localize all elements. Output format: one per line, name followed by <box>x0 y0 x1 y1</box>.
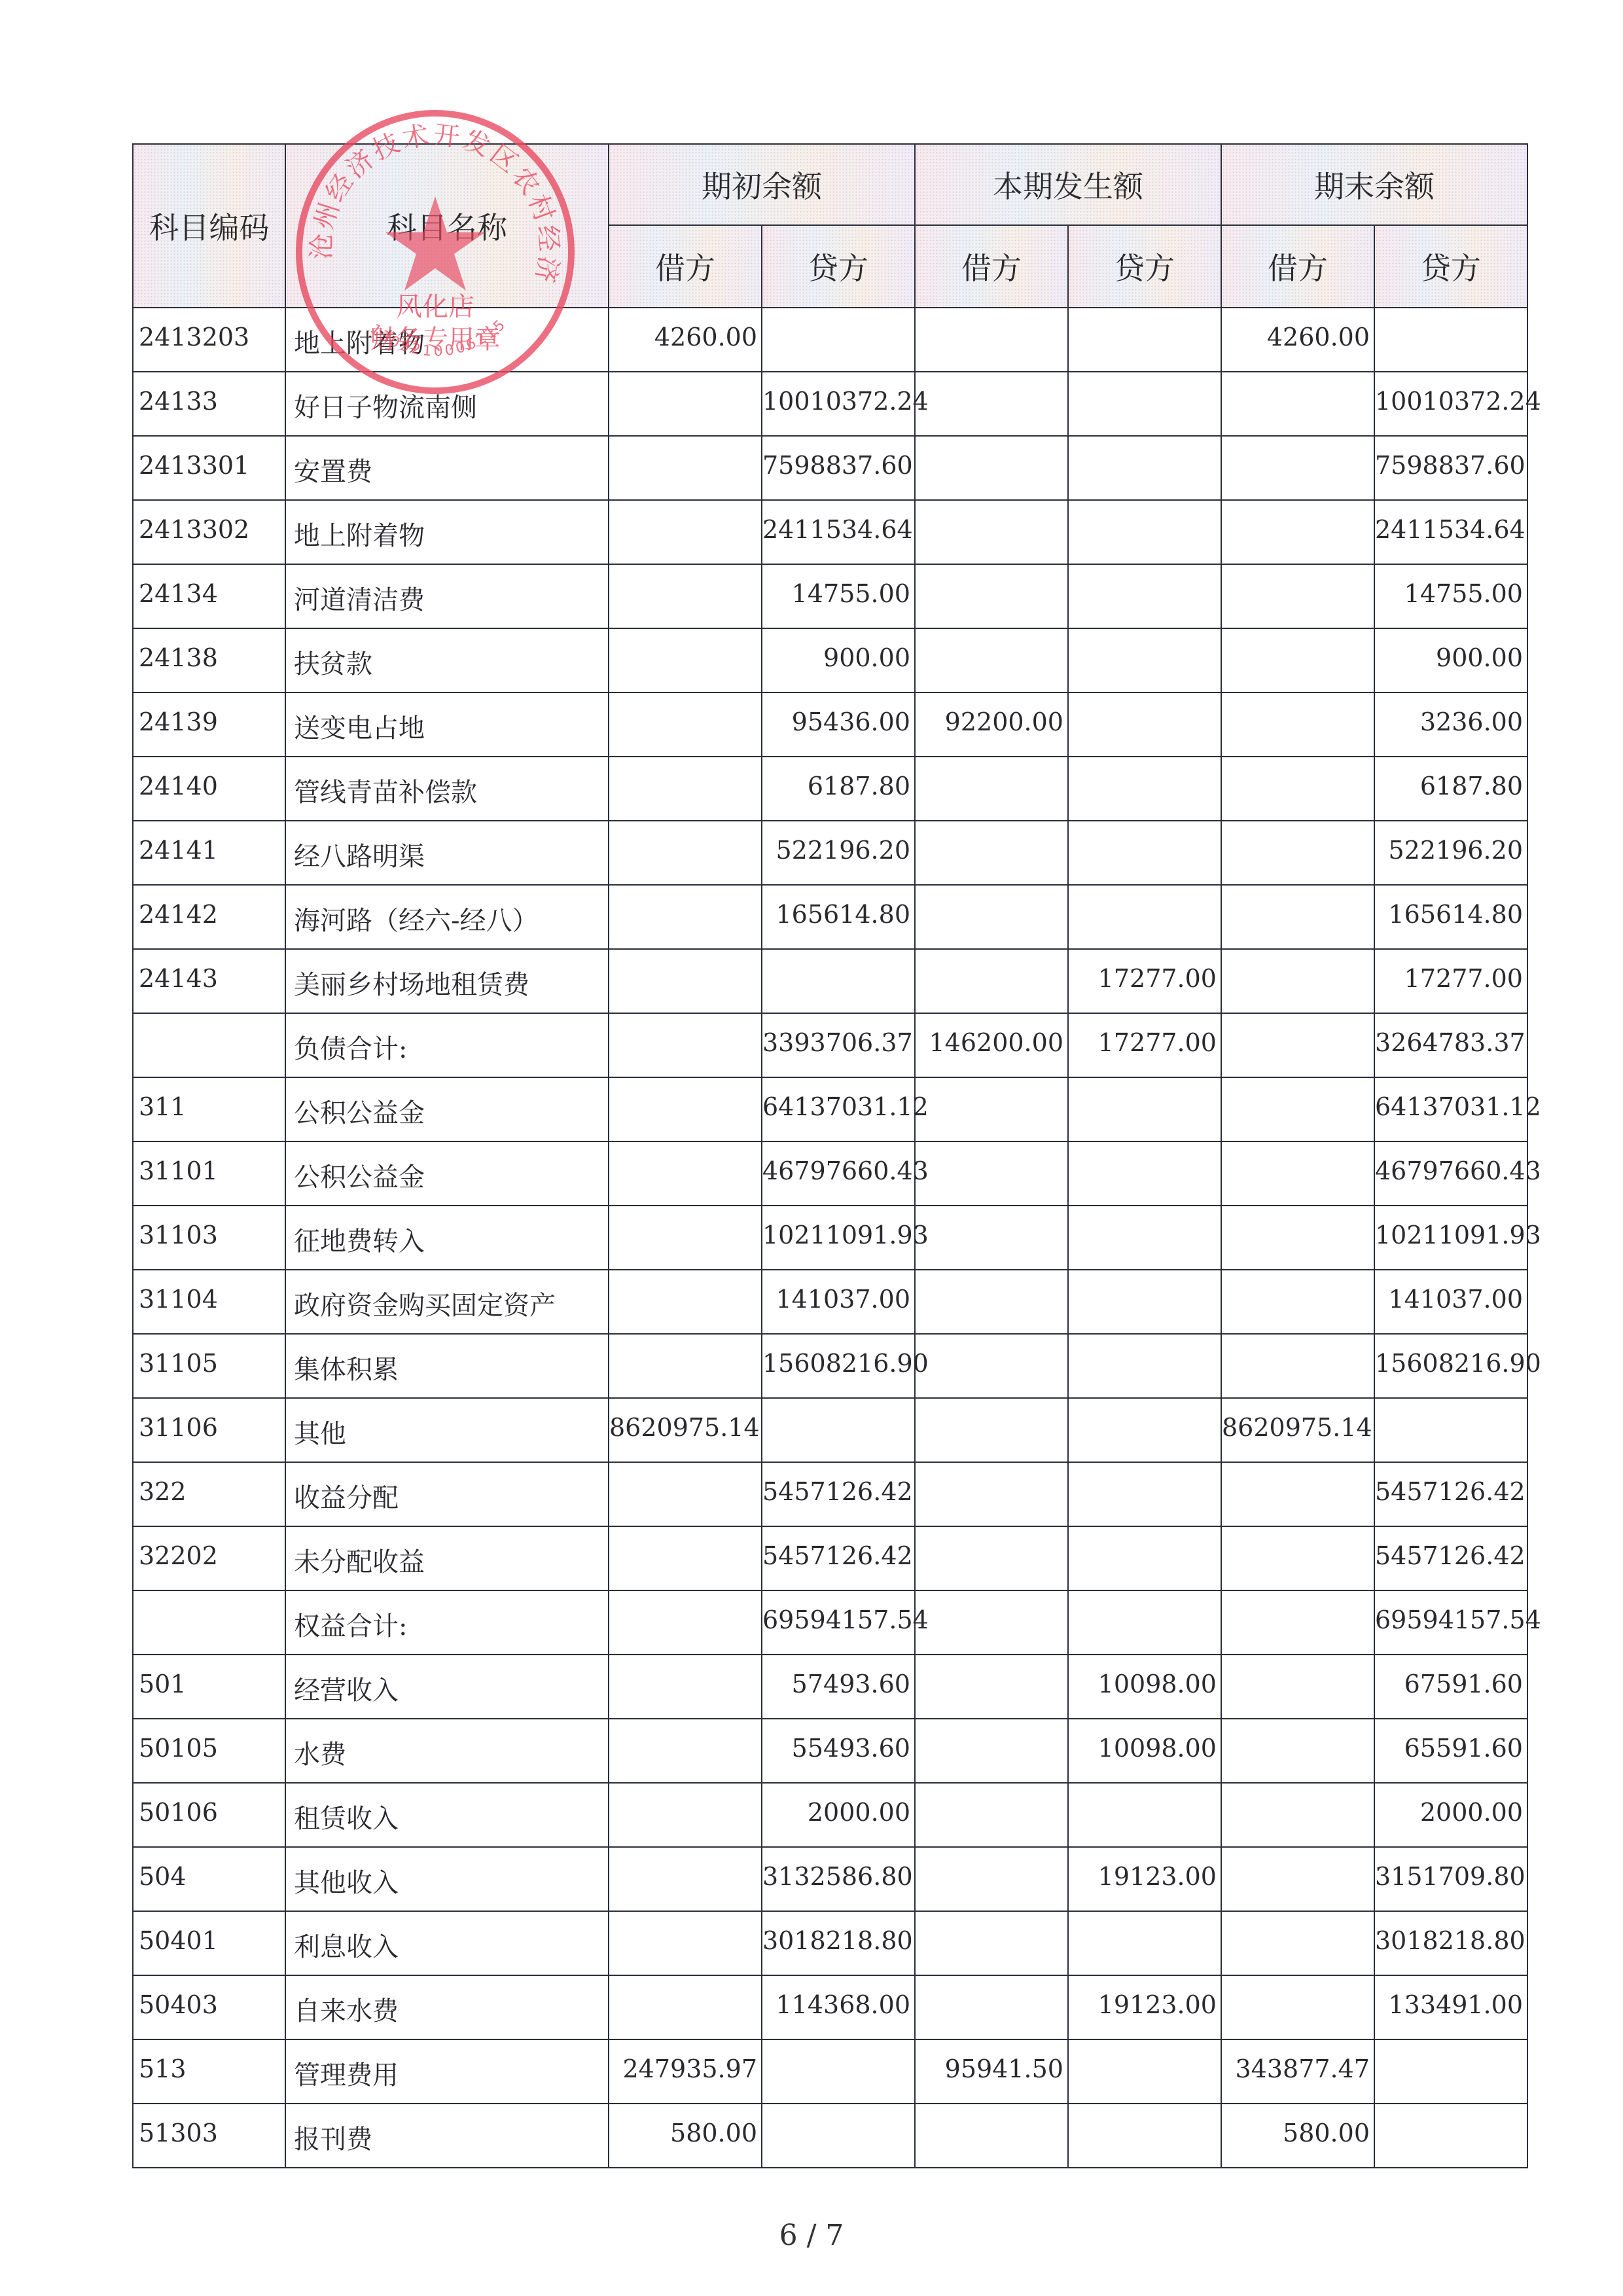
period-debit-cell-value <box>916 565 1067 579</box>
account-name-cell-value: 负债合计: <box>286 1014 608 1066</box>
account-balance-table: 科目编码 科目名称 期初余额 本期发生额 期末余额 借方 贷方 借方 贷方 借方… <box>132 143 1528 2168</box>
period-debit-cell-value <box>916 629 1067 643</box>
account-name-cell-value: 经营收入 <box>286 1655 608 1707</box>
account-name-cell-value: 政府资金购买固定资产 <box>286 1270 608 1322</box>
period-credit-cell-value <box>1069 1142 1221 1157</box>
account-code-cell: 32202 <box>133 1526 285 1590</box>
account-name-cell: 负债合计: <box>285 1013 609 1077</box>
closing-debit-cell-value <box>1222 1848 1374 1862</box>
closing-credit-cell-value: 133491.00 <box>1375 1976 1527 2019</box>
closing-debit-cell <box>1221 1526 1374 1590</box>
opening-credit-cell: 3393706.37 <box>762 1013 915 1077</box>
table-row: 31103征地费转入10211091.9310211091.93 <box>133 1206 1527 1270</box>
period-debit-cell-value: 146200.00 <box>916 1014 1067 1057</box>
account-name-cell: 报刊费 <box>285 2104 609 2168</box>
account-code-cell: 50403 <box>133 1975 285 2039</box>
opening-debit-cell-value: 580.00 <box>609 2104 761 2147</box>
closing-debit-cell-value <box>1222 1270 1374 1285</box>
table-row: 负债合计:3393706.37146200.0017277.003264783.… <box>133 1013 1527 1077</box>
period-credit-cell-value: 10098.00 <box>1069 1655 1221 1698</box>
opening-credit-cell-value: 10010372.24 <box>762 372 914 416</box>
period-credit-cell-value <box>1069 501 1221 515</box>
closing-credit-cell-value: 10211091.93 <box>1375 1206 1527 1249</box>
period-credit-cell-value <box>1069 437 1221 451</box>
period-debit-cell-value <box>916 1527 1067 1541</box>
closing-credit-cell: 5457126.42 <box>1374 1462 1527 1526</box>
opening-credit-cell-value <box>762 1399 914 1413</box>
account-name-cell: 征地费转入 <box>285 1206 609 1270</box>
account-name-cell-value: 报刊费 <box>286 2104 608 2156</box>
opening-credit-cell: 14755.00 <box>762 564 915 628</box>
table-row: 31105集体积累15608216.9015608216.90 <box>133 1334 1527 1398</box>
account-code-cell: 50105 <box>133 1719 285 1783</box>
account-code-cell-value: 2413301 <box>134 437 285 480</box>
opening-debit-cell <box>609 1206 762 1270</box>
period-credit-cell <box>1068 821 1221 885</box>
opening-debit-cell <box>609 692 762 757</box>
account-code-cell-value: 2413302 <box>134 501 285 544</box>
account-code-cell: 31103 <box>133 1206 285 1270</box>
header-closing-balance: 期末余额 <box>1221 144 1527 225</box>
table-row: 2413302地上附着物2411534.642411534.64 <box>133 500 1527 564</box>
period-credit-cell <box>1068 308 1221 372</box>
period-credit-cell-value <box>1069 1784 1221 1798</box>
account-code-cell-value <box>134 1014 285 1028</box>
account-code-cell-value: 24134 <box>134 565 285 608</box>
account-name-cell: 自来水费 <box>285 1975 609 2039</box>
opening-credit-cell-value: 141037.00 <box>762 1270 914 1314</box>
account-code-cell-value: 24142 <box>134 886 285 929</box>
opening-debit-cell <box>609 1655 762 1719</box>
opening-credit-cell-value: 3393706.37 <box>762 1014 914 1057</box>
closing-debit-cell-value: 580.00 <box>1222 2104 1374 2147</box>
account-name-cell: 经营收入 <box>285 1655 609 1719</box>
closing-credit-cell-value <box>1375 308 1527 323</box>
account-code-cell <box>133 1013 285 1077</box>
period-debit-cell-value <box>916 1912 1067 1926</box>
period-debit-cell-value <box>916 2104 1067 2119</box>
period-credit-cell <box>1068 500 1221 564</box>
account-name-cell: 其他收入 <box>285 1847 609 1911</box>
account-code-cell-value: 24140 <box>134 757 285 800</box>
period-credit-cell-value <box>1069 757 1221 772</box>
table-row: 50403自来水费114368.0019123.00133491.00 <box>133 1975 1527 2039</box>
opening-debit-cell-value <box>609 1527 761 1541</box>
period-credit-cell: 17277.00 <box>1068 949 1221 1013</box>
closing-debit-cell-value <box>1222 501 1374 515</box>
period-debit-cell-value <box>916 1719 1067 1734</box>
closing-debit-cell-value <box>1222 1527 1374 1541</box>
closing-debit-cell <box>1221 372 1374 436</box>
closing-credit-cell: 17277.00 <box>1374 949 1527 1013</box>
period-debit-cell-value <box>916 757 1067 772</box>
opening-credit-cell: 3018218.80 <box>762 1911 915 1975</box>
opening-credit-cell-value <box>762 308 914 323</box>
opening-debit-cell-value <box>609 1591 761 1605</box>
opening-debit-cell <box>609 1526 762 1590</box>
period-credit-cell <box>1068 1334 1221 1398</box>
period-debit-cell <box>915 1847 1068 1911</box>
period-credit-cell: 10098.00 <box>1068 1719 1221 1783</box>
account-code-cell <box>133 1590 285 1655</box>
account-code-cell-value: 50401 <box>134 1912 285 1955</box>
account-name-cell-value: 美丽乡村场地租赁费 <box>286 950 608 1001</box>
opening-credit-cell-value <box>762 950 914 964</box>
closing-credit-cell-value: 2000.00 <box>1375 1784 1527 1827</box>
closing-credit-cell <box>1374 308 1527 372</box>
account-name-cell: 管理费用 <box>285 2039 609 2104</box>
account-name-cell: 权益合计: <box>285 1590 609 1655</box>
opening-debit-cell-value <box>609 886 761 900</box>
account-code-cell-value: 504 <box>134 1848 285 1891</box>
closing-debit-cell <box>1221 1783 1374 1847</box>
account-name-cell: 公积公益金 <box>285 1141 609 1206</box>
closing-credit-cell-value: 17277.00 <box>1375 950 1527 993</box>
opening-credit-cell: 141037.00 <box>762 1270 915 1334</box>
opening-debit-cell-value: 8620975.14 <box>609 1399 761 1442</box>
closing-credit-cell-value: 3264783.37 <box>1375 1014 1527 1057</box>
closing-credit-cell: 141037.00 <box>1374 1270 1527 1334</box>
opening-credit-cell-value: 114368.00 <box>762 1976 914 2019</box>
closing-credit-cell: 7598837.60 <box>1374 436 1527 500</box>
period-debit-cell-value <box>916 372 1067 387</box>
opening-credit-cell-value: 95436.00 <box>762 693 914 736</box>
account-code-cell-value: 24141 <box>134 821 285 865</box>
closing-debit-cell-value <box>1222 693 1374 708</box>
closing-credit-cell: 3151709.80 <box>1374 1847 1527 1911</box>
opening-debit-cell <box>609 1590 762 1655</box>
account-code-cell-value: 51303 <box>134 2104 285 2147</box>
opening-credit-cell: 57493.60 <box>762 1655 915 1719</box>
opening-debit-cell-value: 4260.00 <box>609 308 761 351</box>
period-credit-cell <box>1068 628 1221 692</box>
opening-credit-cell-value <box>762 2040 914 2054</box>
opening-credit-cell-value: 69594157.54 <box>762 1591 914 1634</box>
opening-credit-cell-value: 64137031.12 <box>762 1078 914 1121</box>
account-code-cell: 31101 <box>133 1141 285 1206</box>
period-debit-cell <box>915 885 1068 949</box>
table-row: 31101公积公益金46797660.4346797660.43 <box>133 1141 1527 1206</box>
header-period-debit: 借方 <box>915 225 1068 308</box>
opening-credit-cell: 114368.00 <box>762 1975 915 2039</box>
period-debit-cell-value <box>916 501 1067 515</box>
account-code-cell: 24138 <box>133 628 285 692</box>
account-name-cell-value: 自来水费 <box>286 1976 608 2028</box>
account-name-cell-value: 地上附着物 <box>286 501 608 552</box>
account-name-cell: 其他 <box>285 1398 609 1462</box>
closing-credit-cell: 2000.00 <box>1374 1783 1527 1847</box>
opening-debit-cell <box>609 500 762 564</box>
period-debit-cell <box>915 2104 1068 2168</box>
account-code-cell: 311 <box>133 1077 285 1141</box>
period-credit-cell <box>1068 436 1221 500</box>
header-closing-credit: 贷方 <box>1374 225 1527 308</box>
account-name-cell: 海河路（经六-经八） <box>285 885 609 949</box>
account-name-cell-value: 管线青苗补偿款 <box>286 757 608 809</box>
period-credit-cell-value <box>1069 565 1221 579</box>
period-credit-cell: 19123.00 <box>1068 1847 1221 1911</box>
account-name-cell-value: 公积公益金 <box>286 1142 608 1194</box>
account-name-cell: 美丽乡村场地租赁费 <box>285 949 609 1013</box>
period-credit-cell-value <box>1069 308 1221 323</box>
account-code-cell: 50401 <box>133 1911 285 1975</box>
header-opening-debit: 借方 <box>609 225 762 308</box>
opening-debit-cell: 580.00 <box>609 2104 762 2168</box>
table-row: 32202未分配收益5457126.425457126.42 <box>133 1526 1527 1590</box>
period-debit-cell-value <box>916 1848 1067 1862</box>
period-debit-cell <box>915 372 1068 436</box>
closing-credit-cell: 522196.20 <box>1374 821 1527 885</box>
opening-credit-cell: 6187.80 <box>762 757 915 821</box>
account-name-cell: 公积公益金 <box>285 1077 609 1141</box>
period-credit-cell-value: 10098.00 <box>1069 1719 1221 1763</box>
period-debit-cell-value <box>916 1463 1067 1477</box>
opening-debit-cell <box>609 1141 762 1206</box>
closing-credit-cell <box>1374 2039 1527 2104</box>
period-debit-cell-value <box>916 1270 1067 1285</box>
closing-debit-cell <box>1221 1590 1374 1655</box>
opening-credit-cell: 900.00 <box>762 628 915 692</box>
opening-credit-cell-value: 165614.80 <box>762 886 914 929</box>
closing-debit-cell <box>1221 692 1374 757</box>
opening-credit-cell <box>762 308 915 372</box>
period-credit-cell <box>1068 2039 1221 2104</box>
closing-credit-cell-value: 3018218.80 <box>1375 1912 1527 1955</box>
account-name-cell-value: 征地费转入 <box>286 1206 608 1258</box>
closing-credit-cell: 900.00 <box>1374 628 1527 692</box>
table-row: 2413203地上附着物4260.004260.00 <box>133 308 1527 372</box>
period-debit-cell-value <box>916 950 1067 964</box>
opening-debit-cell-value <box>609 693 761 708</box>
table-row: 31104政府资金购买固定资产141037.00141037.00 <box>133 1270 1527 1334</box>
account-name-cell-value: 管理费用 <box>286 2040 608 2092</box>
account-code-cell: 31106 <box>133 1398 285 1462</box>
closing-debit-cell <box>1221 757 1374 821</box>
opening-debit-cell-value <box>609 1784 761 1798</box>
period-credit-cell <box>1068 1590 1221 1655</box>
account-code-cell: 24134 <box>133 564 285 628</box>
account-code-cell: 24143 <box>133 949 285 1013</box>
account-name-cell: 地上附着物 <box>285 308 609 372</box>
table-row: 501经营收入57493.6010098.0067591.60 <box>133 1655 1527 1719</box>
account-code-cell: 501 <box>133 1655 285 1719</box>
closing-debit-cell-value: 8620975.14 <box>1222 1399 1374 1442</box>
period-debit-cell <box>915 949 1068 1013</box>
opening-credit-cell-value: 2411534.64 <box>762 501 914 544</box>
period-debit-cell <box>915 500 1068 564</box>
opening-debit-cell <box>609 436 762 500</box>
period-credit-cell-value <box>1069 693 1221 708</box>
period-credit-cell: 17277.00 <box>1068 1013 1221 1077</box>
opening-credit-cell: 7598837.60 <box>762 436 915 500</box>
header-period-credit: 贷方 <box>1068 225 1221 308</box>
account-name-cell-value: 河道清洁费 <box>286 565 608 617</box>
opening-debit-cell-value <box>609 1335 761 1349</box>
account-name-cell: 扶贫款 <box>285 628 609 692</box>
opening-credit-cell-value: 3018218.80 <box>762 1912 914 1955</box>
account-code-cell-value: 31106 <box>134 1399 285 1442</box>
table-row: 24140管线青苗补偿款6187.806187.80 <box>133 757 1527 821</box>
account-name-cell-value: 安置费 <box>286 437 608 488</box>
account-code-cell: 50106 <box>133 1783 285 1847</box>
opening-debit-cell <box>609 1462 762 1526</box>
period-credit-cell <box>1068 1911 1221 1975</box>
table-header: 科目编码 科目名称 期初余额 本期发生额 期末余额 借方 贷方 借方 贷方 借方… <box>133 144 1527 308</box>
closing-debit-cell-value <box>1222 565 1374 579</box>
account-name-cell: 送变电占地 <box>285 692 609 757</box>
period-debit-cell <box>915 1077 1068 1141</box>
table-row: 权益合计:69594157.5469594157.54 <box>133 1590 1527 1655</box>
closing-credit-cell-value: 65591.60 <box>1375 1719 1527 1763</box>
table-row: 513管理费用247935.9795941.50343877.47 <box>133 2039 1527 2104</box>
closing-debit-cell-value <box>1222 1335 1374 1349</box>
closing-debit-cell <box>1221 564 1374 628</box>
table-row: 24133好日子物流南侧10010372.2410010372.24 <box>133 372 1527 436</box>
closing-debit-cell-value <box>1222 1719 1374 1734</box>
opening-debit-cell <box>609 1270 762 1334</box>
closing-debit-cell-value <box>1222 1142 1374 1157</box>
table-row: 24142海河路（经六-经八）165614.80165614.80 <box>133 885 1527 949</box>
period-credit-cell <box>1068 1783 1221 1847</box>
closing-debit-cell-value <box>1222 629 1374 643</box>
table-row: 24138扶贫款900.00900.00 <box>133 628 1527 692</box>
closing-credit-cell-value: 15608216.90 <box>1375 1335 1527 1378</box>
header-period-activity: 本期发生额 <box>915 144 1221 225</box>
period-debit-cell <box>915 1206 1068 1270</box>
opening-debit-cell <box>609 1077 762 1141</box>
opening-credit-cell-value: 7598837.60 <box>762 437 914 480</box>
account-code-cell-value: 31101 <box>134 1142 285 1185</box>
balance-table-container: 科目编码 科目名称 期初余额 本期发生额 期末余额 借方 贷方 借方 贷方 借方… <box>132 143 1527 2168</box>
period-credit-cell-value <box>1069 1078 1221 1092</box>
opening-credit-cell-value: 10211091.93 <box>762 1206 914 1249</box>
header-account-name: 科目名称 <box>285 144 609 308</box>
period-credit-cell-value <box>1069 629 1221 643</box>
opening-debit-cell <box>609 628 762 692</box>
opening-debit-cell: 8620975.14 <box>609 1398 762 1462</box>
opening-credit-cell: 69594157.54 <box>762 1590 915 1655</box>
period-credit-cell <box>1068 372 1221 436</box>
closing-debit-cell-value <box>1222 821 1374 836</box>
account-name-cell-value: 集体积累 <box>286 1335 608 1386</box>
account-code-cell: 322 <box>133 1462 285 1526</box>
period-credit-cell <box>1068 1462 1221 1526</box>
closing-debit-cell-value: 343877.47 <box>1222 2040 1374 2083</box>
opening-credit-cell: 64137031.12 <box>762 1077 915 1141</box>
closing-credit-cell: 65591.60 <box>1374 1719 1527 1783</box>
opening-debit-cell-value <box>609 437 761 451</box>
closing-credit-cell: 6187.80 <box>1374 757 1527 821</box>
account-code-cell-value: 513 <box>134 2040 285 2083</box>
account-name-cell-value: 水费 <box>286 1719 608 1771</box>
account-name-cell: 收益分配 <box>285 1462 609 1526</box>
period-debit-cell <box>915 1270 1068 1334</box>
account-code-cell-value: 50105 <box>134 1719 285 1763</box>
period-debit-cell-value <box>916 821 1067 836</box>
opening-debit-cell-value <box>609 565 761 579</box>
account-name-cell: 河道清洁费 <box>285 564 609 628</box>
account-name-cell-value: 其他收入 <box>286 1848 608 1899</box>
closing-debit-cell <box>1221 628 1374 692</box>
period-debit-cell-value <box>916 1206 1067 1221</box>
opening-credit-cell: 95436.00 <box>762 692 915 757</box>
account-name-cell-value: 未分配收益 <box>286 1527 608 1579</box>
closing-credit-cell: 133491.00 <box>1374 1975 1527 2039</box>
account-code-cell-value: 31103 <box>134 1206 285 1249</box>
period-credit-cell-value: 19123.00 <box>1069 1848 1221 1891</box>
closing-debit-cell-value <box>1222 1014 1374 1028</box>
closing-credit-cell: 10010372.24 <box>1374 372 1527 436</box>
opening-debit-cell <box>609 1975 762 2039</box>
closing-credit-cell-value: 46797660.43 <box>1375 1142 1527 1185</box>
closing-debit-cell <box>1221 1975 1374 2039</box>
closing-debit-cell <box>1221 1719 1374 1783</box>
account-name-cell-value: 其他 <box>286 1399 608 1450</box>
closing-debit-cell-value <box>1222 1463 1374 1477</box>
opening-debit-cell <box>609 564 762 628</box>
period-credit-cell-value <box>1069 2104 1221 2119</box>
period-debit-cell-value: 92200.00 <box>916 693 1067 736</box>
opening-credit-cell-value: 2000.00 <box>762 1784 914 1827</box>
account-code-cell-value: 24139 <box>134 693 285 736</box>
account-name-cell-value: 权益合计: <box>286 1591 608 1643</box>
account-code-cell-value: 2413203 <box>134 308 285 351</box>
period-debit-cell-value <box>916 886 1067 900</box>
opening-debit-cell <box>609 372 762 436</box>
opening-credit-cell-value: 55493.60 <box>762 1719 914 1763</box>
closing-debit-cell-value <box>1222 1912 1374 1926</box>
closing-debit-cell: 343877.47 <box>1221 2039 1374 2104</box>
period-debit-cell <box>915 1975 1068 2039</box>
closing-credit-cell-value: 165614.80 <box>1375 886 1527 929</box>
table-row: 322收益分配5457126.425457126.42 <box>133 1462 1527 1526</box>
period-credit-cell-value <box>1069 1527 1221 1541</box>
period-credit-cell-value <box>1069 1399 1221 1413</box>
account-code-cell: 2413302 <box>133 500 285 564</box>
closing-credit-cell <box>1374 2104 1527 2168</box>
closing-debit-cell: 580.00 <box>1221 2104 1374 2168</box>
closing-credit-cell-value: 5457126.42 <box>1375 1527 1527 1570</box>
closing-debit-cell-value <box>1222 950 1374 964</box>
period-debit-cell <box>915 1655 1068 1719</box>
closing-debit-cell-value <box>1222 757 1374 772</box>
opening-credit-cell-value: 522196.20 <box>762 821 914 865</box>
opening-debit-cell-value <box>609 1848 761 1862</box>
account-name-cell-value: 收益分配 <box>286 1463 608 1515</box>
closing-debit-cell <box>1221 1206 1374 1270</box>
account-code-cell-value: 24138 <box>134 629 285 672</box>
closing-credit-cell: 64137031.12 <box>1374 1077 1527 1141</box>
period-debit-cell <box>915 1141 1068 1206</box>
period-credit-cell <box>1068 885 1221 949</box>
period-debit-cell <box>915 1462 1068 1526</box>
table-row: 50401利息收入3018218.803018218.80 <box>133 1911 1527 1975</box>
opening-debit-cell-value <box>609 1655 761 1670</box>
opening-debit-cell-value: 247935.97 <box>609 2040 761 2083</box>
closing-credit-cell: 69594157.54 <box>1374 1590 1527 1655</box>
closing-debit-cell-value <box>1222 372 1374 387</box>
closing-credit-cell <box>1374 1398 1527 1462</box>
period-debit-cell-value <box>916 1655 1067 1670</box>
opening-debit-cell <box>609 949 762 1013</box>
period-credit-cell-value <box>1069 1335 1221 1349</box>
period-debit-cell-value <box>916 308 1067 323</box>
closing-credit-cell-value: 69594157.54 <box>1375 1591 1527 1634</box>
period-debit-cell-value <box>916 1142 1067 1157</box>
opening-debit-cell-value <box>609 1912 761 1926</box>
period-debit-cell <box>915 436 1068 500</box>
table-row: 504其他收入3132586.8019123.003151709.80 <box>133 1847 1527 1911</box>
